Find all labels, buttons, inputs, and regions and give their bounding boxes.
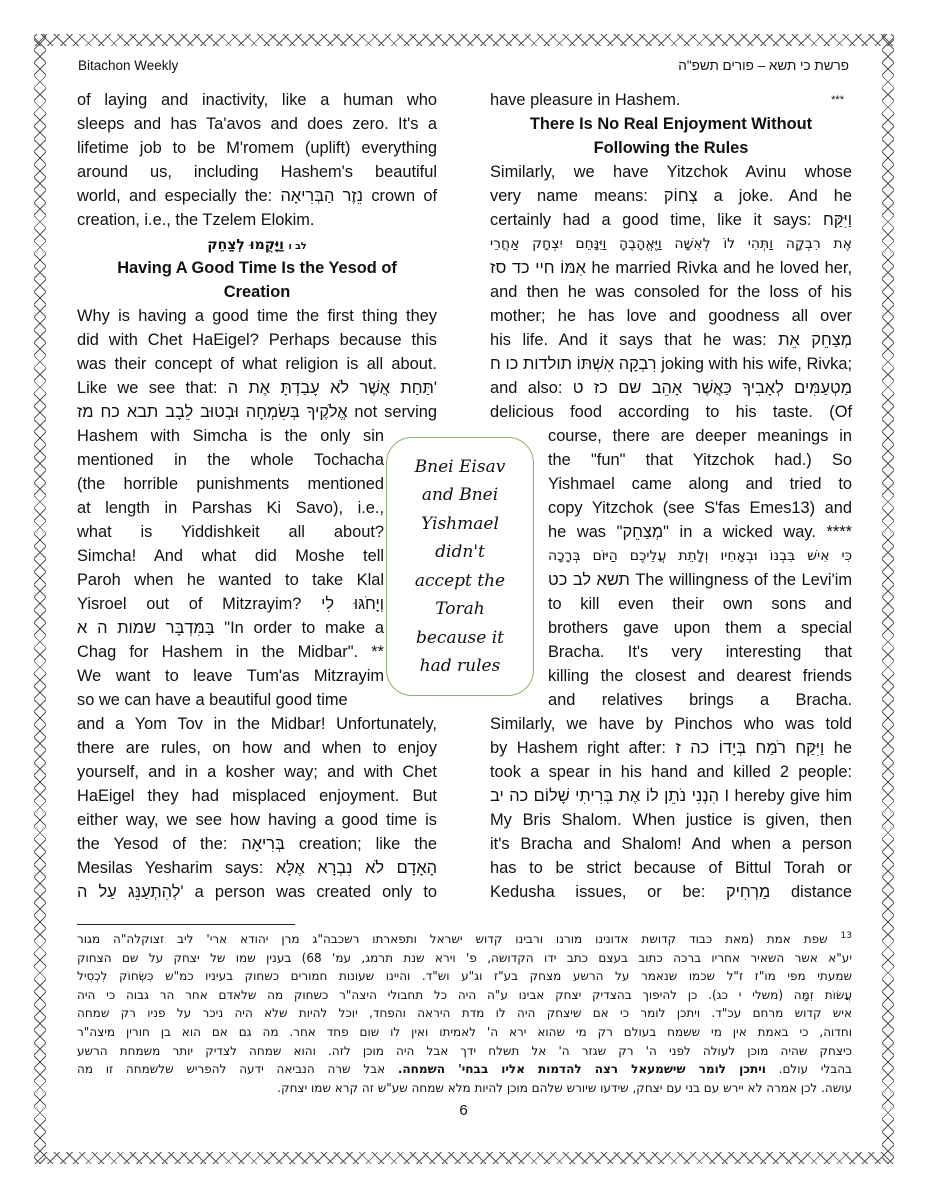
- callout-line: Yishmael: [421, 510, 499, 539]
- text-line: Simcha! And what did Moshe tell: [77, 544, 384, 568]
- text-line: killing the closest and dearest friends: [548, 664, 852, 688]
- text-line: Yishmael came along and tried to: [548, 472, 852, 496]
- body-paragraph: Why is having a good time the first thin…: [77, 304, 437, 904]
- footnote-line: שמעתי מפי מו"ז ז"ל שכמו שנאמר על הרשע מצ…: [77, 967, 852, 986]
- footnote-line: איש קדוש מרחם עכ"ד. ויתכן לומר כי אם שיצ…: [77, 1004, 852, 1023]
- first-line-text: have pleasure in Hashem.: [490, 91, 680, 109]
- text-line: Why is having a good time the first thin…: [77, 304, 437, 328]
- text-line: and then he was consoled for the loss of…: [490, 280, 852, 304]
- intro-paragraph: of laying and inactivity, like a human w…: [77, 88, 437, 232]
- wrapped-text-around-callout: course, there are deeper meanings in the…: [548, 424, 852, 712]
- pull-quote-callout: Bnei Eisav and Bnei Yishmael didn't acce…: [386, 437, 534, 696]
- footnote-number: 13: [841, 931, 852, 941]
- right-column: have pleasure in Hashem. *** There Is No…: [490, 88, 852, 904]
- text-line: at length in Parshas Ki Savo), i.e.,: [77, 496, 384, 520]
- hebrew-heading-text: וַיָּקֻמוּ לְצַחֵק: [207, 237, 284, 253]
- footnote-text: אבל שרה הנביאה ידעה להפריש שלשמחה זו מה: [77, 1062, 385, 1076]
- page-number: 6: [0, 1102, 927, 1119]
- callout-line: and Bnei: [422, 481, 498, 510]
- text-line: yourself, and in a kosher way; and with …: [77, 760, 437, 784]
- text-line: הִנְנִי נֹתֵן לוֹ אֶת בְּרִיתִי שָׁלוֹם …: [490, 784, 852, 808]
- text-line: did with Chet HaEigel? Perhaps because t…: [77, 328, 437, 352]
- footnote-line: עושה. לכן אמרה לא יירש עם בני עם יצחק, ש…: [77, 1079, 852, 1098]
- callout-line: Bnei Eisav: [415, 453, 506, 482]
- text-line: to kill even their own sons and: [548, 592, 852, 616]
- text-line: תשא לב כט The willingness of the Levi'im: [548, 568, 852, 592]
- text-line: My Bris Shalom. When justice is given, t…: [490, 808, 852, 832]
- footnote-line: 13 שפת אמת (מאת כבוד קדושת אדונינו מורנו…: [77, 930, 852, 949]
- text-line: We want to leave Tum'as Mitzrayim: [77, 664, 384, 688]
- text-line: have pleasure in Hashem. ***: [490, 88, 852, 112]
- footnote-text: שפת אמת (מאת כבוד קדושת אדונינו מורנו ור…: [77, 932, 828, 946]
- text-line: and a Yom Tov in the Midbar! Unfortunate…: [77, 712, 437, 736]
- text-line: לְהִתְעַנֵּג עַל ה' a person was created…: [77, 880, 437, 904]
- text-line: Similarly, we have Yitzchok Avinu whose: [490, 160, 852, 184]
- text-line: the Yesod of the: בְּרִיאָה creation; li…: [77, 832, 437, 856]
- section-heading-line1: There Is No Real Enjoyment Without: [490, 112, 852, 136]
- text-line: took a spear in his hand and killed 2 pe…: [490, 760, 852, 784]
- text-line: around us, including Hashem's beautiful: [77, 160, 437, 184]
- text-line: אִמּוֹ חיי כד סז he married Rivka and he…: [490, 256, 852, 280]
- body-paragraph: Similarly, we have Yitzchok Avinu whose …: [490, 160, 852, 904]
- text-line: בַּמִּדְבָּר שמות ה א "In order to make …: [77, 616, 384, 640]
- publication-title: Bitachon Weekly: [78, 58, 178, 73]
- text-line: and relatives brings a Bracha.: [548, 688, 852, 712]
- text-line: the "fun" that Yitzchok had.) So: [548, 448, 852, 472]
- footnote-line: וחדוה, כי באמת אין מי ששמח בעולם רק מי ש…: [77, 1023, 852, 1042]
- text-line: Similarly, we have by Pinchos who was to…: [490, 712, 852, 736]
- text-line: he was "מְצַחֵק" in a wicked way. ****: [548, 520, 852, 544]
- border-bottom: [34, 1152, 894, 1164]
- text-line: creation, i.e., the Tzelem Elokim.: [77, 208, 437, 232]
- section-heading-line1: Having A Good Time Is the Yesod of: [77, 256, 437, 280]
- text-line: Like we see that: תַּחַת אֲשֶׁר לֹא עָבַ…: [77, 376, 437, 400]
- parsha-title: פרשת כי תשא – פורים תשפ"ה: [678, 58, 849, 73]
- text-line: Bracha. It's very interesting that: [548, 640, 852, 664]
- footnote-separator: [77, 924, 295, 925]
- text-line: brothers gave upon them a special: [548, 616, 852, 640]
- text-line: by Hashem right after: וַיִּקַּח רֹמַח ב…: [490, 736, 852, 760]
- footnote-line: עֲשׂוֹת זִמָּה (משלי י כג). כן להיפוך בה…: [77, 986, 852, 1005]
- text-line: what is Yiddishkeit all about?: [77, 520, 384, 544]
- section-heading-line2: Creation: [77, 280, 437, 304]
- text-line: copy Yitzchok (see S'fas Emes13) and: [548, 496, 852, 520]
- text-line: HaEigel they had misplaced enjoyment. Bu…: [77, 784, 437, 808]
- footnote-line: בהבלי עולם. ויתכן לומר שישמעאל רצה להדמו…: [77, 1060, 852, 1079]
- text-line: course, there are deeper meanings in: [548, 424, 852, 448]
- hebrew-heading: וַיָּקֻמוּ לְצַחֵק לב ו: [77, 232, 437, 256]
- footnote-bold-text: ויתכן לומר שישמעאל רצה להדמות אליו בבחי'…: [398, 1062, 766, 1076]
- text-line: very name means: צְחוֹק a joke. And he: [490, 184, 852, 208]
- left-column: of laying and inactivity, like a human w…: [77, 88, 437, 904]
- text-line: sleeps and has Ta'avos and does zero. It…: [77, 112, 437, 136]
- text-line: mother; he has love and goodness all ove…: [490, 304, 852, 328]
- text-line: אֱלֹקֶיךָ בְּשִׂמְחָה וּבְטוּב לֵבָב תבא…: [77, 400, 437, 424]
- text-line: and also: מַטְעַמִּים לְאָבִיךָ כַּאֲשֶׁ…: [490, 376, 852, 400]
- text-line: has to be strict because of Bittul Torah…: [490, 856, 852, 880]
- text-line: so we can have a beautiful good time: [77, 688, 384, 712]
- text-line: delicious food according to his taste. (…: [490, 400, 852, 424]
- text-line: Kedusha issues, or be: מַרְחִיק distance: [490, 880, 852, 904]
- callout-line: because it: [416, 624, 504, 653]
- border-left: [34, 34, 46, 1164]
- callout-line: didn't: [435, 538, 485, 567]
- hebrew-heading-ref: לב ו: [289, 241, 307, 252]
- callout-line: accept the: [415, 567, 505, 596]
- callout-line: had rules: [420, 652, 501, 681]
- border-top: [34, 34, 894, 46]
- text-line: mentioned in the whole Tochacha: [77, 448, 384, 472]
- text-line: it's Bracha and Shalom! And when a perso…: [490, 832, 852, 856]
- section-heading-line2: Following the Rules: [490, 136, 852, 160]
- text-line: Chag for Hashem in the Midbar". **: [77, 640, 384, 664]
- hebrew-verse-line: אֶת רִבְקָה וַתְּהִי לוֹ לְאִשָּׁה וַיֶּ…: [490, 232, 852, 256]
- text-line: Mesilas Yesharim says: הָאָדָם לֹא נִבְר…: [77, 856, 437, 880]
- footnote-text: בהבלי עולם.: [779, 1062, 852, 1076]
- footnote: 13 שפת אמת (מאת כבוד קדושת אדונינו מורנו…: [77, 930, 852, 1097]
- callout-line: Torah: [435, 595, 484, 624]
- text-line: was their concept of what religion is al…: [77, 352, 437, 376]
- text-line: either way, we see how having a good tim…: [77, 808, 437, 832]
- section-separator-stars: ***: [831, 88, 844, 112]
- footnote-line: יע"א אשר השאיר אחריו ברכה כתוב בעצם כתב …: [77, 949, 852, 968]
- text-line: his life. And it says that he was: מְצַח…: [490, 328, 852, 352]
- text-line: certainly had a good time, like it says:…: [490, 208, 852, 232]
- text-line: Hashem with Simcha is the only sin: [77, 424, 384, 448]
- hebrew-verse-line: כִּי אִישׁ בִּבְנוֹ וּבְאָחִיו וְלָתֵת ע…: [548, 544, 852, 568]
- footnote-line: כיצחק שהיה מוכן לעולה לפני ה' רק שגזר ה'…: [77, 1042, 852, 1061]
- border-right: [882, 34, 894, 1164]
- text-line: of laying and inactivity, like a human w…: [77, 88, 437, 112]
- text-line: world, and especially the: נֵזֶר הַבְּרִ…: [77, 184, 437, 208]
- page-header: Bitachon Weekly פרשת כי תשא – פורים תשפ"…: [78, 55, 849, 77]
- text-line: lifetime job to be M'romem (uplift) ever…: [77, 136, 437, 160]
- text-line: (the horrible punishments mentioned: [77, 472, 384, 496]
- text-line: Yisroel out of Mitzrayim? וְיָחֹגּוּ לִי: [77, 592, 384, 616]
- text-line: רִבְקָה אִשְׁתּוֹ תולדות כו ח joking wit…: [490, 352, 852, 376]
- text-line: there are rules, on how and when to enjo…: [77, 736, 437, 760]
- wrapped-text-around-callout: Hashem with Simcha is the only sin menti…: [77, 424, 384, 712]
- text-line: Paroh when he wanted to take Klal: [77, 568, 384, 592]
